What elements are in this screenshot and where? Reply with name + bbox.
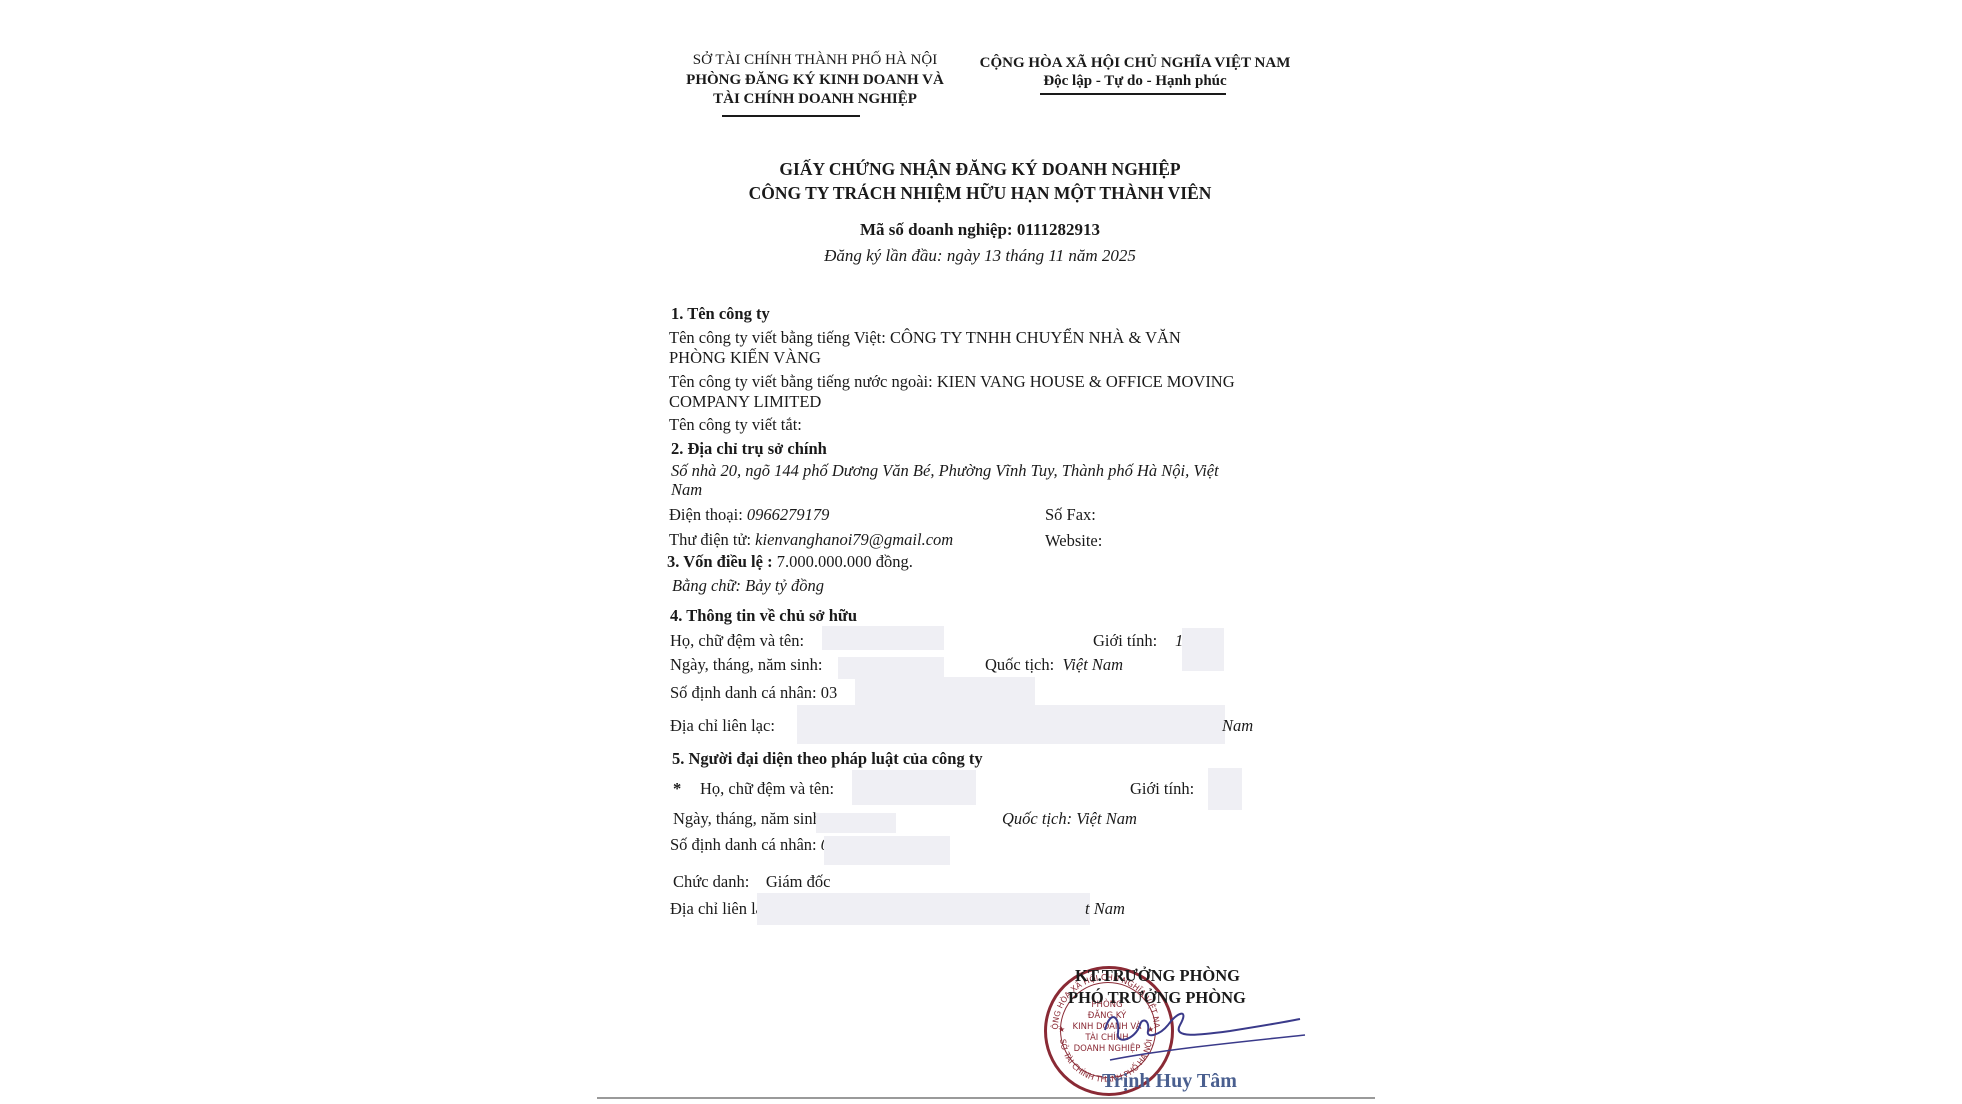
bullet-asterisk: * bbox=[673, 779, 681, 799]
rep-dob-label: Ngày, tháng, năm sinh: bbox=[673, 809, 830, 828]
page-bottom-rule bbox=[597, 1097, 1375, 1099]
redacted-rep-gender bbox=[1208, 768, 1242, 810]
charter-capital-in-words: Bằng chữ: Bảy tỷ đồng bbox=[672, 576, 824, 596]
email-value: kienvanghanoi79@gmail.com bbox=[755, 530, 953, 549]
rep-nationality: Quốc tịch: Việt Nam bbox=[1002, 809, 1137, 829]
vn-company-name: Tên công ty viết bằng tiếng Việt: CÔNG T… bbox=[669, 328, 1181, 348]
document-title: GIẤY CHỨNG NHẬN ĐĂNG KÝ DOANH NGHIỆP bbox=[680, 159, 1280, 180]
email-row: Thư điện tử: kienvanghanoi79@gmail.com bbox=[669, 530, 953, 550]
issuer-office: PHÒNG ĐĂNG KÝ KINH DOANH VÀ bbox=[680, 72, 950, 89]
vn-name-value-line2: PHÒNG KIẾN VÀNG bbox=[669, 348, 821, 368]
owner-nationality: Quốc tịch: Việt Nam bbox=[985, 655, 1123, 675]
rep-dob-row: Ngày, tháng, năm sinh: 2 bbox=[673, 809, 838, 829]
rep-id-label: Số định danh cá nhân: bbox=[670, 835, 821, 854]
rep-title-label: Chức danh: bbox=[673, 872, 749, 891]
header-right-underline bbox=[1040, 93, 1226, 95]
owner-dob-label: Ngày, tháng, năm sinh: bbox=[670, 655, 822, 675]
abbreviated-name-label: Tên công ty viết tắt: bbox=[669, 415, 802, 435]
owner-address-label: Địa chỉ liên lạc: bbox=[670, 716, 775, 736]
owner-nationality-value: Việt Nam bbox=[1062, 655, 1123, 674]
owner-id-row: Số định danh cá nhân: 03 bbox=[670, 683, 837, 703]
enterprise-code: Mã số doanh nghiệp: 0111282913 bbox=[680, 220, 1280, 240]
signer-name: Trịnh Huy Tâm bbox=[1102, 1070, 1237, 1093]
head-office-address: Số nhà 20, ngõ 144 phố Dương Văn Bé, Phư… bbox=[671, 461, 1219, 481]
rep-address-tail: t Nam bbox=[1085, 899, 1125, 919]
rep-id-row: Số định danh cá nhân: 038 bbox=[670, 835, 846, 855]
header-left-underline bbox=[722, 115, 860, 117]
handwritten-signature-icon bbox=[1080, 995, 1310, 1075]
section-2-heading: 2. Địa chỉ trụ sở chính bbox=[671, 439, 827, 459]
redacted-owner-address bbox=[797, 705, 1225, 744]
national-title: CỘNG HÒA XÃ HỘI CHỦ NGHĨA VIỆT NAM bbox=[960, 55, 1310, 72]
phone-value: 0966279179 bbox=[747, 505, 830, 524]
owner-address-tail: Nam bbox=[1222, 716, 1253, 736]
section-5-heading: 5. Người đại diện theo pháp luật của côn… bbox=[672, 749, 983, 769]
owner-id-fragment: 03 bbox=[821, 683, 838, 702]
rep-address-label: Địa chỉ liên lạc bbox=[670, 899, 770, 919]
redacted-rep-id bbox=[824, 836, 950, 865]
svg-text:★: ★ bbox=[1058, 1025, 1065, 1034]
charter-capital-value: 7.000.000.000 đồng. bbox=[777, 552, 913, 571]
foreign-name-value: KIEN VANG HOUSE & OFFICE MOVING bbox=[937, 372, 1235, 391]
section-1-heading: 1. Tên công ty bbox=[671, 304, 770, 324]
redacted-rep-address bbox=[757, 893, 1090, 925]
signer-authority: KT.TRƯỞNG PHÒNG bbox=[1075, 966, 1240, 986]
company-type: CÔNG TY TRÁCH NHIỆM HỮU HẠN MỘT THÀNH VI… bbox=[680, 183, 1280, 204]
issuer-office-line2: TÀI CHÍNH DOANH NGHIỆP bbox=[680, 91, 950, 108]
redacted-rep-dob bbox=[816, 813, 896, 833]
rep-name-label: Họ, chữ đệm và tên: bbox=[700, 779, 834, 799]
first-registration-date: Đăng ký lần đầu: ngày 13 tháng 11 năm 20… bbox=[680, 246, 1280, 266]
rep-title-row: Chức danh: Giám đốc bbox=[673, 872, 830, 892]
rep-title-value: Giám đốc bbox=[766, 872, 831, 891]
national-motto: Độc lập - Tự do - Hạnh phúc bbox=[960, 73, 1310, 90]
foreign-name-label: Tên công ty viết bằng tiếng nước ngoài: bbox=[669, 372, 937, 391]
website-label: Website: bbox=[1045, 531, 1102, 551]
redacted-rep-name bbox=[852, 770, 976, 805]
charter-capital: 3. Vốn điều lệ : 7.000.000.000 đồng. bbox=[667, 552, 913, 572]
phone-row: Điện thoại: 0966279179 bbox=[669, 505, 829, 525]
owner-nationality-label: Quốc tịch: bbox=[985, 655, 1054, 674]
email-label: Thư điện tử: bbox=[669, 530, 755, 549]
phone-label: Điện thoại: bbox=[669, 505, 747, 524]
issuer-department: SỞ TÀI CHÍNH THÀNH PHỐ HÀ NỘI bbox=[680, 52, 950, 69]
vn-name-label: Tên công ty viết bằng tiếng Việt: bbox=[669, 328, 890, 347]
section-4-heading: 4. Thông tin về chủ sở hữu bbox=[670, 606, 857, 626]
redacted-owner-id bbox=[855, 677, 1035, 705]
owner-name-label: Họ, chữ đệm và tên: bbox=[670, 631, 804, 651]
foreign-company-name: Tên công ty viết bằng tiếng nước ngoài: … bbox=[669, 372, 1235, 392]
fax-label: Số Fax: bbox=[1045, 505, 1096, 525]
rep-gender-label: Giới tính: bbox=[1130, 779, 1194, 799]
owner-id-label: Số định danh cá nhân: bbox=[670, 683, 821, 702]
vn-name-value: CÔNG TY TNHH CHUYỂN NHÀ & VĂN bbox=[890, 328, 1181, 347]
redacted-owner-name bbox=[822, 626, 944, 650]
redacted-owner-gender bbox=[1182, 628, 1224, 671]
redacted-owner-dob bbox=[838, 657, 944, 679]
foreign-name-value-line2: COMPANY LIMITED bbox=[669, 392, 821, 412]
head-office-address-line2: Nam bbox=[671, 480, 702, 500]
owner-gender-label: Giới tính: bbox=[1093, 631, 1157, 651]
section-3-heading: 3. Vốn điều lệ : bbox=[667, 552, 777, 571]
